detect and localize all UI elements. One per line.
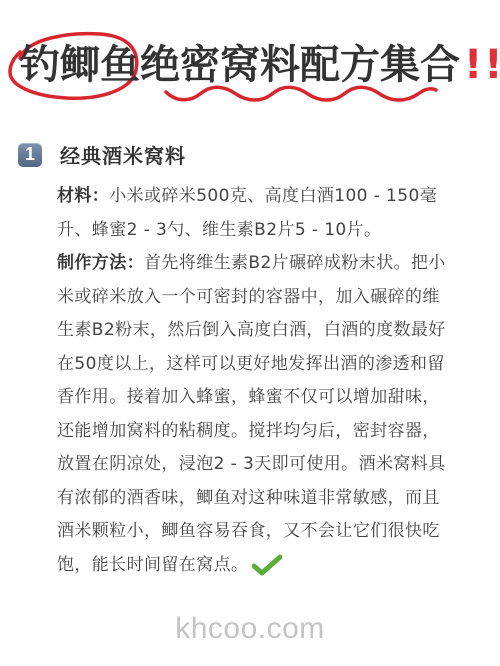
method-paragraph: 制作方法：首先将维生素B2片碾碎成粉末状。把小米或碎米放入一个可密封的容器中，加… <box>57 247 457 582</box>
recipe-content: 材料：小米或碎米500克、高度白酒100 - 150毫升、蜂蜜2 - 3勺、维生… <box>57 180 457 582</box>
section-header: 1 经典酒米窝料 <box>18 140 186 169</box>
method-text: 首先将维生素B2片碾碎成粉末状。把小米或碎米放入一个可密封的容器中，加入碾碎的维… <box>57 253 446 575</box>
check-mark-icon <box>252 554 282 576</box>
title-main: 钓鲫鱼绝密窝料配方集合 <box>20 42 460 88</box>
keycap-1-icon: 1 <box>18 143 42 167</box>
title-exclamations: !!! <box>464 42 500 88</box>
materials-text: 小米或碎米500克、高度白酒100 - 150毫升、蜂蜜2 - 3勺、维生素B2… <box>57 186 437 240</box>
materials-paragraph: 材料：小米或碎米500克、高度白酒100 - 150毫升、蜂蜜2 - 3勺、维生… <box>57 180 457 247</box>
method-label: 制作方法： <box>57 253 144 273</box>
section-title: 经典酒米窝料 <box>60 140 186 169</box>
page-title: 钓鲫鱼绝密窝料配方集合!!! <box>20 42 500 88</box>
wavy-underline-icon <box>166 87 436 100</box>
materials-label: 材料： <box>57 186 109 206</box>
title-block: 钓鲫鱼绝密窝料配方集合!!! <box>0 28 500 108</box>
watermark: khcoo.com <box>0 612 500 646</box>
